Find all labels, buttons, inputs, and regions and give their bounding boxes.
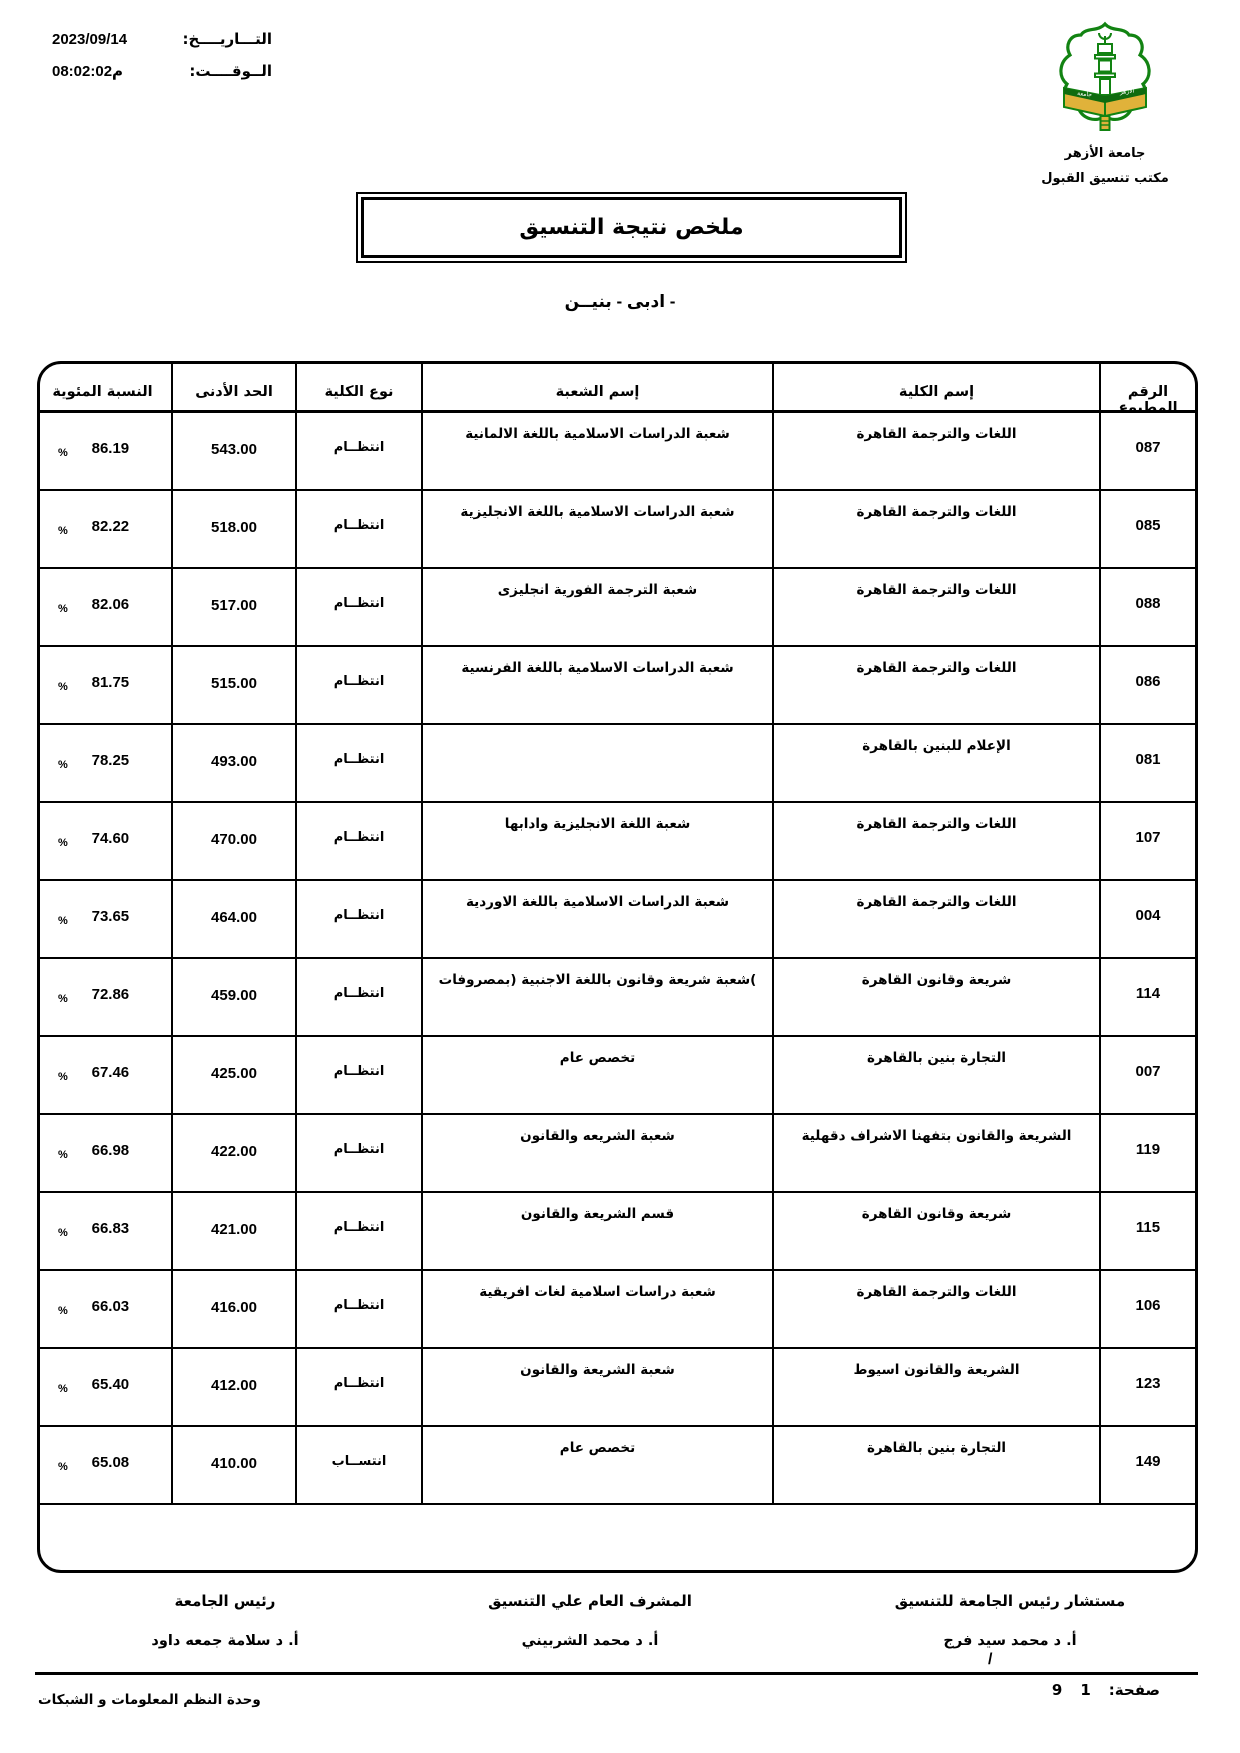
- cell-minimum-score: 493.00: [171, 725, 295, 801]
- table-row: 004 اللغات والترجمة القاهرة شعبة الدراسا…: [40, 881, 1195, 959]
- cell-percentage: % 67.46: [37, 1037, 171, 1113]
- cell-college-type: انتظــام: [295, 725, 421, 801]
- cell-percentage: % 66.03: [37, 1271, 171, 1347]
- cell-minimum-score: 416.00: [171, 1271, 295, 1347]
- cell-college-type: انتظــام: [295, 1115, 421, 1191]
- page-total: 9: [1052, 1681, 1062, 1699]
- table-row: 086 اللغات والترجمة القاهرة شعبة الدراسا…: [40, 647, 1195, 725]
- table-header-percentage: النسبة المئوية: [37, 364, 171, 410]
- table-row: 106 اللغات والترجمة القاهرة شعبة دراسات …: [40, 1271, 1195, 1349]
- percent-sign: %: [58, 759, 68, 771]
- cell-percentage: % 66.98: [37, 1115, 171, 1191]
- cell-college-type: انتظــام: [295, 881, 421, 957]
- cell-college-name: الشريعة والقانون بتفهنا الاشراف دقهلية: [772, 1115, 1099, 1191]
- cell-college-name: شريعة وقانون القاهرة: [772, 959, 1099, 1035]
- page-label: صفحة:: [1109, 1681, 1160, 1699]
- cell-percentage: % 65.40: [37, 1349, 171, 1425]
- cell-printed-number: 123: [1099, 1349, 1195, 1425]
- signer-name: أ. د محمد سيد فرج: [860, 1633, 1160, 1649]
- cell-minimum-score: 412.00: [171, 1349, 295, 1425]
- cell-college-type: انتظــام: [295, 959, 421, 1035]
- table-header-minimum: الحد الأدنى: [171, 364, 295, 410]
- table-row: 087 اللغات والترجمة القاهرة شعبة الدراسا…: [40, 413, 1195, 491]
- cell-college-name: اللغات والترجمة القاهرة: [772, 569, 1099, 645]
- date-label: التـــاريــــخ:: [183, 30, 273, 48]
- signature-role-title: رئيس الجامعة: [75, 1592, 375, 1610]
- signature-role-title: مستشار رئيس الجامعة للتنسيق: [860, 1592, 1160, 1610]
- percent-sign: %: [58, 1227, 68, 1239]
- cell-department-name: شعبة الشريعة والقانون: [421, 1349, 772, 1425]
- table-row: 114 شريعة وقانون القاهرة )شعبة شريعة وقا…: [40, 959, 1195, 1037]
- cell-minimum-score: 464.00: [171, 881, 295, 957]
- cell-printed-number: 106: [1099, 1271, 1195, 1347]
- cell-percentage: % 86.19: [37, 413, 171, 489]
- office-name: مكتب تنسيق القبول: [1025, 171, 1185, 186]
- percent-sign: %: [58, 447, 68, 459]
- cell-college-name: شريعة وقانون القاهرة: [772, 1193, 1099, 1269]
- date-row: التـــاريــــخ: 2023/09/14: [52, 30, 272, 48]
- percent-value: 66.98: [68, 1142, 171, 1159]
- cell-department-name: شعبة الدراسات الاسلامية باللغة الالمانية: [421, 413, 772, 489]
- cell-department-name: تخصص عام: [421, 1037, 772, 1113]
- cell-printed-number: 004: [1099, 881, 1195, 957]
- percent-sign: %: [58, 1071, 68, 1083]
- signature-university-president: رئيس الجامعة أ. د سلامة جمعه داود: [75, 1592, 375, 1649]
- percent-value: 65.40: [68, 1376, 171, 1393]
- percent-value: 72.86: [68, 986, 171, 1003]
- cell-minimum-score: 518.00: [171, 491, 295, 567]
- table-header-college-name: إسم الكلية: [772, 364, 1099, 410]
- cell-percentage: % 73.65: [37, 881, 171, 957]
- table-rows: 087 اللغات والترجمة القاهرة شعبة الدراسا…: [40, 413, 1195, 1505]
- percent-sign: %: [58, 915, 68, 927]
- report-title-inner-border: ملخص نتيجة التنسيق: [361, 197, 902, 258]
- footer-divider: [35, 1672, 1198, 1675]
- cell-college-type: انتظــام: [295, 1037, 421, 1113]
- cell-printed-number: 087: [1099, 413, 1195, 489]
- table-row: 149 التجارة بنين بالقاهرة تخصص عام انتسـ…: [40, 1427, 1195, 1505]
- percent-sign: %: [58, 993, 68, 1005]
- percent-sign: %: [58, 1149, 68, 1161]
- cell-printed-number: 115: [1099, 1193, 1195, 1269]
- university-name: جامعة الأزهر: [1025, 146, 1185, 161]
- signature-coordination-advisor: مستشار رئيس الجامعة للتنسيق أ. د محمد سي…: [860, 1592, 1160, 1649]
- signer-name: أ. د محمد الشربيني: [440, 1633, 740, 1649]
- cell-percentage: % 82.22: [37, 491, 171, 567]
- page-slash-mark: /: [988, 1651, 992, 1669]
- percent-sign: %: [58, 603, 68, 615]
- cell-printed-number: 085: [1099, 491, 1195, 567]
- table-row: 085 اللغات والترجمة القاهرة شعبة الدراسا…: [40, 491, 1195, 569]
- percent-value: 82.06: [68, 596, 171, 613]
- cell-minimum-score: 410.00: [171, 1427, 295, 1503]
- time-label: الــوقــــت:: [189, 62, 272, 80]
- page-current: 1: [1080, 1681, 1090, 1699]
- cell-printed-number: 119: [1099, 1115, 1195, 1191]
- cell-department-name: )شعبة شريعة وقانون باللغة الاجنبية (بمصر…: [421, 959, 772, 1035]
- cell-department-name: قسم الشريعة والقانون: [421, 1193, 772, 1269]
- cell-percentage: % 81.75: [37, 647, 171, 723]
- cell-printed-number: 086: [1099, 647, 1195, 723]
- table-row: 007 التجارة بنين بالقاهرة تخصص عام انتظـ…: [40, 1037, 1195, 1115]
- cell-college-name: التجارة بنين بالقاهرة: [772, 1427, 1099, 1503]
- cell-printed-number: 114: [1099, 959, 1195, 1035]
- cell-printed-number: 088: [1099, 569, 1195, 645]
- signer-name: أ. د سلامة جمعه داود: [75, 1633, 375, 1649]
- cell-college-name: التجارة بنين بالقاهرة: [772, 1037, 1099, 1113]
- cell-college-name: اللغات والترجمة القاهرة: [772, 413, 1099, 489]
- report-title: ملخص نتيجة التنسيق: [519, 215, 743, 240]
- table-row: 088 اللغات والترجمة القاهرة شعبة الترجمة…: [40, 569, 1195, 647]
- percent-sign: %: [58, 837, 68, 849]
- page-indicator: صفحة: 1 9: [1052, 1681, 1160, 1699]
- percent-sign: %: [58, 1305, 68, 1317]
- percent-value: 65.08: [68, 1454, 171, 1471]
- percent-sign: %: [58, 681, 68, 693]
- cell-minimum-score: 517.00: [171, 569, 295, 645]
- cell-college-type: انتظــام: [295, 491, 421, 567]
- cell-percentage: % 65.08: [37, 1427, 171, 1503]
- cell-college-name: اللغات والترجمة القاهرة: [772, 491, 1099, 567]
- cell-department-name: شعبة الدراسات الاسلامية باللغة الفرنسية: [421, 647, 772, 723]
- cell-college-name: اللغات والترجمة القاهرة: [772, 803, 1099, 879]
- cell-department-name: تخصص عام: [421, 1427, 772, 1503]
- table-row: 115 شريعة وقانون القاهرة قسم الشريعة وال…: [40, 1193, 1195, 1271]
- cell-department-name: شعبة الترجمة الفورية انجليزى: [421, 569, 772, 645]
- table-header-college-type: نوع الكلية: [295, 364, 421, 410]
- header-meta: التـــاريــــخ: 2023/09/14 الــوقــــت: …: [52, 30, 272, 94]
- percent-value: 82.22: [68, 518, 171, 535]
- report-title-box: ملخص نتيجة التنسيق: [356, 192, 907, 263]
- cell-college-name: الشريعة والقانون اسيوط: [772, 1349, 1099, 1425]
- time-row: الــوقــــت: م08:02:02: [52, 62, 272, 80]
- percent-value: 74.60: [68, 830, 171, 847]
- cell-percentage: % 74.60: [37, 803, 171, 879]
- percent-value: 67.46: [68, 1064, 171, 1081]
- cell-college-type: انتظــام: [295, 1349, 421, 1425]
- cell-minimum-score: 421.00: [171, 1193, 295, 1269]
- results-table: الرقم المطبوع إسم الكلية إسم الشعبة نوع …: [37, 361, 1198, 1573]
- date-value: 2023/09/14: [52, 31, 127, 48]
- cell-department-name: [421, 725, 772, 801]
- table-row: 081 الإعلام للبنين بالقاهرة انتظــام 493…: [40, 725, 1195, 803]
- table-row: 107 اللغات والترجمة القاهرة شعبة اللغة ا…: [40, 803, 1195, 881]
- percent-sign: %: [58, 1383, 68, 1395]
- cell-college-type: انتســاب: [295, 1427, 421, 1503]
- cell-department-name: شعبة اللغة الانجليزية وادابها: [421, 803, 772, 879]
- cell-minimum-score: 425.00: [171, 1037, 295, 1113]
- cell-minimum-score: 422.00: [171, 1115, 295, 1191]
- time-value: م08:02:02: [52, 62, 123, 80]
- cell-college-type: انتظــام: [295, 569, 421, 645]
- table-header-row: الرقم المطبوع إسم الكلية إسم الشعبة نوع …: [40, 364, 1195, 413]
- percent-value: 86.19: [68, 440, 171, 457]
- cell-college-name: اللغات والترجمة القاهرة: [772, 881, 1099, 957]
- cell-college-type: انتظــام: [295, 1193, 421, 1269]
- table-row: 119 الشريعة والقانون بتفهنا الاشراف دقهل…: [40, 1115, 1195, 1193]
- cell-college-type: انتظــام: [295, 1271, 421, 1347]
- cell-college-name: اللغات والترجمة القاهرة: [772, 1271, 1099, 1347]
- footer-unit-label: وحدة النظم المعلومات و الشبكات: [38, 1692, 261, 1708]
- university-logo-block: جامعة الأزهر جامعة الأزهر مكتب تنسيق الق…: [1025, 20, 1185, 186]
- percent-sign: %: [58, 1461, 68, 1473]
- cell-percentage: % 82.06: [37, 569, 171, 645]
- percent-value: 66.03: [68, 1298, 171, 1315]
- report-subtitle: - ادبى - بنيــن: [0, 292, 1240, 312]
- cell-college-name: الإعلام للبنين بالقاهرة: [772, 725, 1099, 801]
- cell-college-type: انتظــام: [295, 647, 421, 723]
- cell-minimum-score: 470.00: [171, 803, 295, 879]
- cell-printed-number: 081: [1099, 725, 1195, 801]
- cell-minimum-score: 459.00: [171, 959, 295, 1035]
- cell-college-type: انتظــام: [295, 413, 421, 489]
- cell-minimum-score: 543.00: [171, 413, 295, 489]
- table-row: 123 الشريعة والقانون اسيوط شعبة الشريعة …: [40, 1349, 1195, 1427]
- percent-value: 73.65: [68, 908, 171, 925]
- cell-printed-number: 007: [1099, 1037, 1195, 1113]
- cell-department-name: شعبة الدراسات الاسلامية باللغة الاوردية: [421, 881, 772, 957]
- report-page: التـــاريــــخ: 2023/09/14 الــوقــــت: …: [0, 0, 1240, 1753]
- table-header-department-name: إسم الشعبة: [421, 364, 772, 410]
- percent-value: 81.75: [68, 674, 171, 691]
- cell-department-name: شعبة الدراسات الاسلامية باللغة الانجليزي…: [421, 491, 772, 567]
- percent-value: 78.25: [68, 752, 171, 769]
- signature-role-title: المشرف العام علي التنسيق: [440, 1592, 740, 1610]
- cell-college-type: انتظــام: [295, 803, 421, 879]
- al-azhar-logo-icon: جامعة الأزهر: [1044, 20, 1166, 142]
- cell-percentage: % 72.86: [37, 959, 171, 1035]
- cell-percentage: % 66.83: [37, 1193, 171, 1269]
- cell-printed-number: 107: [1099, 803, 1195, 879]
- cell-department-name: شعبة دراسات اسلامية لغات افريقية: [421, 1271, 772, 1347]
- signature-general-supervisor: المشرف العام علي التنسيق أ. د محمد الشرب…: [440, 1592, 740, 1649]
- cell-printed-number: 149: [1099, 1427, 1195, 1503]
- cell-college-name: اللغات والترجمة القاهرة: [772, 647, 1099, 723]
- percent-sign: %: [58, 525, 68, 537]
- cell-minimum-score: 515.00: [171, 647, 295, 723]
- cell-percentage: % 78.25: [37, 725, 171, 801]
- table-header-printed-number: الرقم المطبوع: [1099, 364, 1195, 410]
- cell-department-name: شعبة الشريعه والقانون: [421, 1115, 772, 1191]
- percent-value: 66.83: [68, 1220, 171, 1237]
